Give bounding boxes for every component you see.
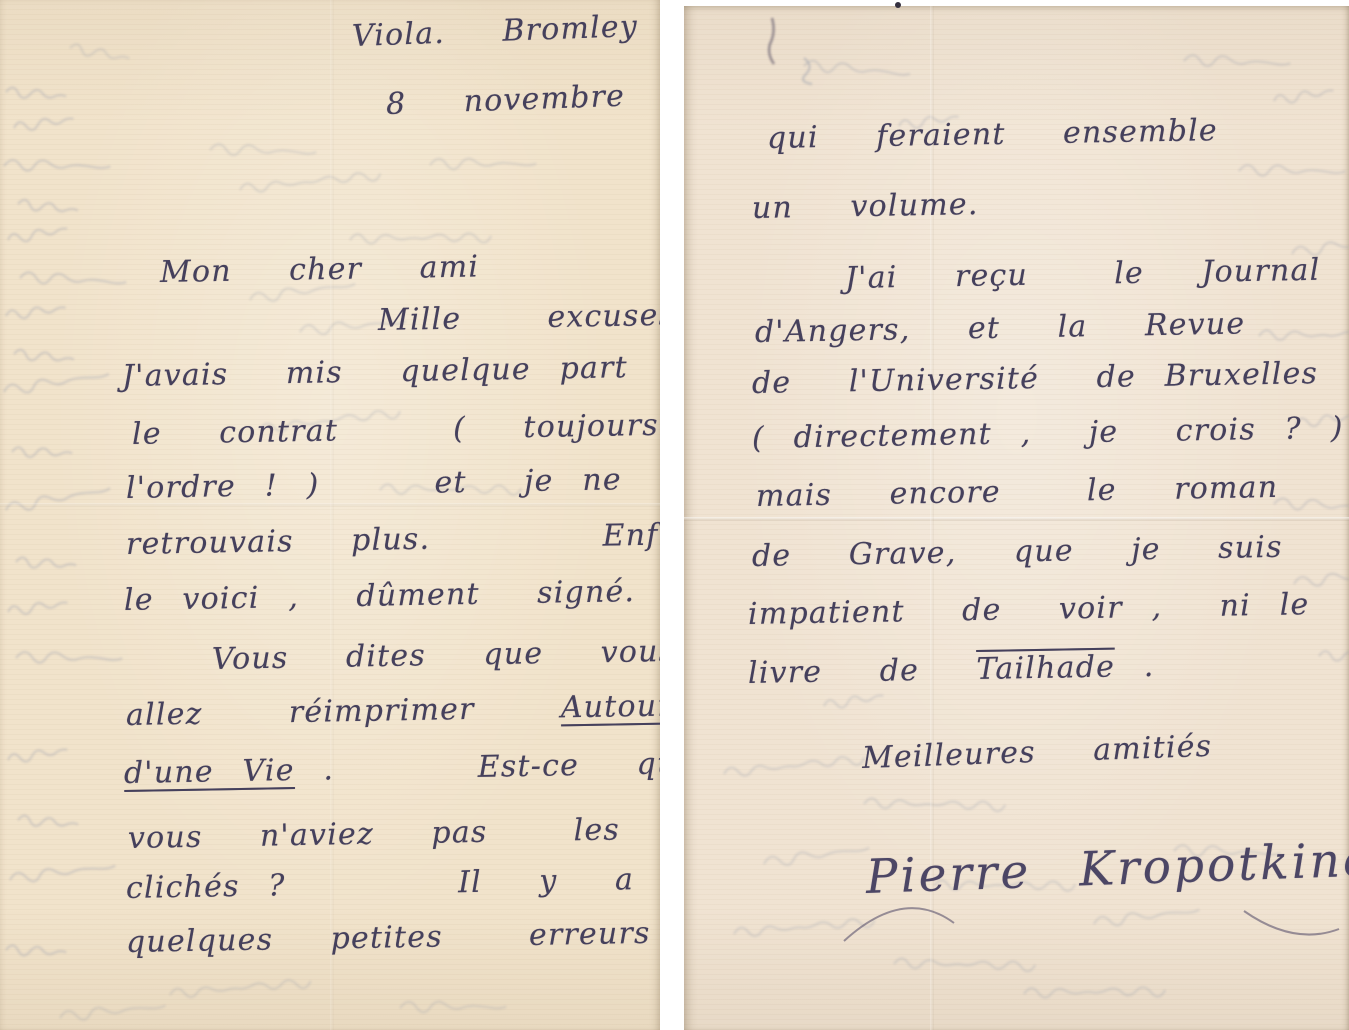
fold-crease-horizontal [0,503,660,507]
letter-line: l'ordre ! ) et je ne le [126,464,660,504]
letter-scan: Viola. Bromley Kent 8 novembre 1902 Mon … [0,0,1349,1030]
letter-line: quelques petites erreurs [126,919,651,958]
letter-line: livre de Tailhade . [748,652,1155,689]
signature: Pierre Kropotkine [865,836,1349,901]
ink-speck [895,2,901,8]
letter-page-right: qui feraient ensemble un volume. J'ai re… [684,6,1349,1030]
letter-line: vous n'aviez pas les [128,815,621,854]
letter-page-left: Viola. Bromley Kent 8 novembre 1902 Mon … [0,0,660,1030]
letter-line-text: livre de [748,652,977,691]
letter-line: qui feraient ensemble [767,116,1218,154]
underlined-title: Autour [560,688,660,725]
letter-line: de Grave, que je suis [752,533,1283,572]
underlined-title: d'une Vie [124,753,295,791]
letter-line: J'ai reçu le Journal [845,256,1321,294]
letter-line: d'Angers, et la Revue [755,309,1246,348]
letter-line: Vous dites que vous [212,637,660,675]
letter-line: ( directement , je crois ? ) [752,414,1344,454]
letter-line: mais encore le roman [756,473,1279,512]
letter-line: de l'Université de Bruxelles [752,359,1319,399]
letter-line-text: . [1115,649,1155,685]
fold-crease-horizontal [684,517,1349,521]
ink-smudge [769,18,774,64]
letter-line: Mille excuses. [378,301,660,336]
letter-line-text: allez réimprimer [126,690,561,733]
letter-line: J'avais mis quelque part [122,353,628,392]
letter-line: le contrat ( toujours [132,411,659,450]
overlined-name: Tailhade [976,650,1115,687]
letter-line: retrouvais plus. Enfin, [126,520,660,560]
letter-line: d'une Vie . Est-ce que [124,749,660,789]
letter-line: le voici , dûment signé. [124,577,636,616]
closing-line: Meilleures amitiés [861,732,1212,774]
dateline-date: 8 novembre 1902 [385,77,660,120]
letter-line-text: . Est-ce que [294,746,660,788]
salutation: Mon cher ami [160,252,480,288]
letter-line: allez réimprimer Autour [126,691,660,731]
letter-line: clichés ? Il y a bien [126,863,660,904]
letter-line: un volume. [752,190,979,224]
letter-line: impatient de voir , ni le [748,590,1310,630]
dateline-place: Viola. Bromley Kent [351,7,660,52]
